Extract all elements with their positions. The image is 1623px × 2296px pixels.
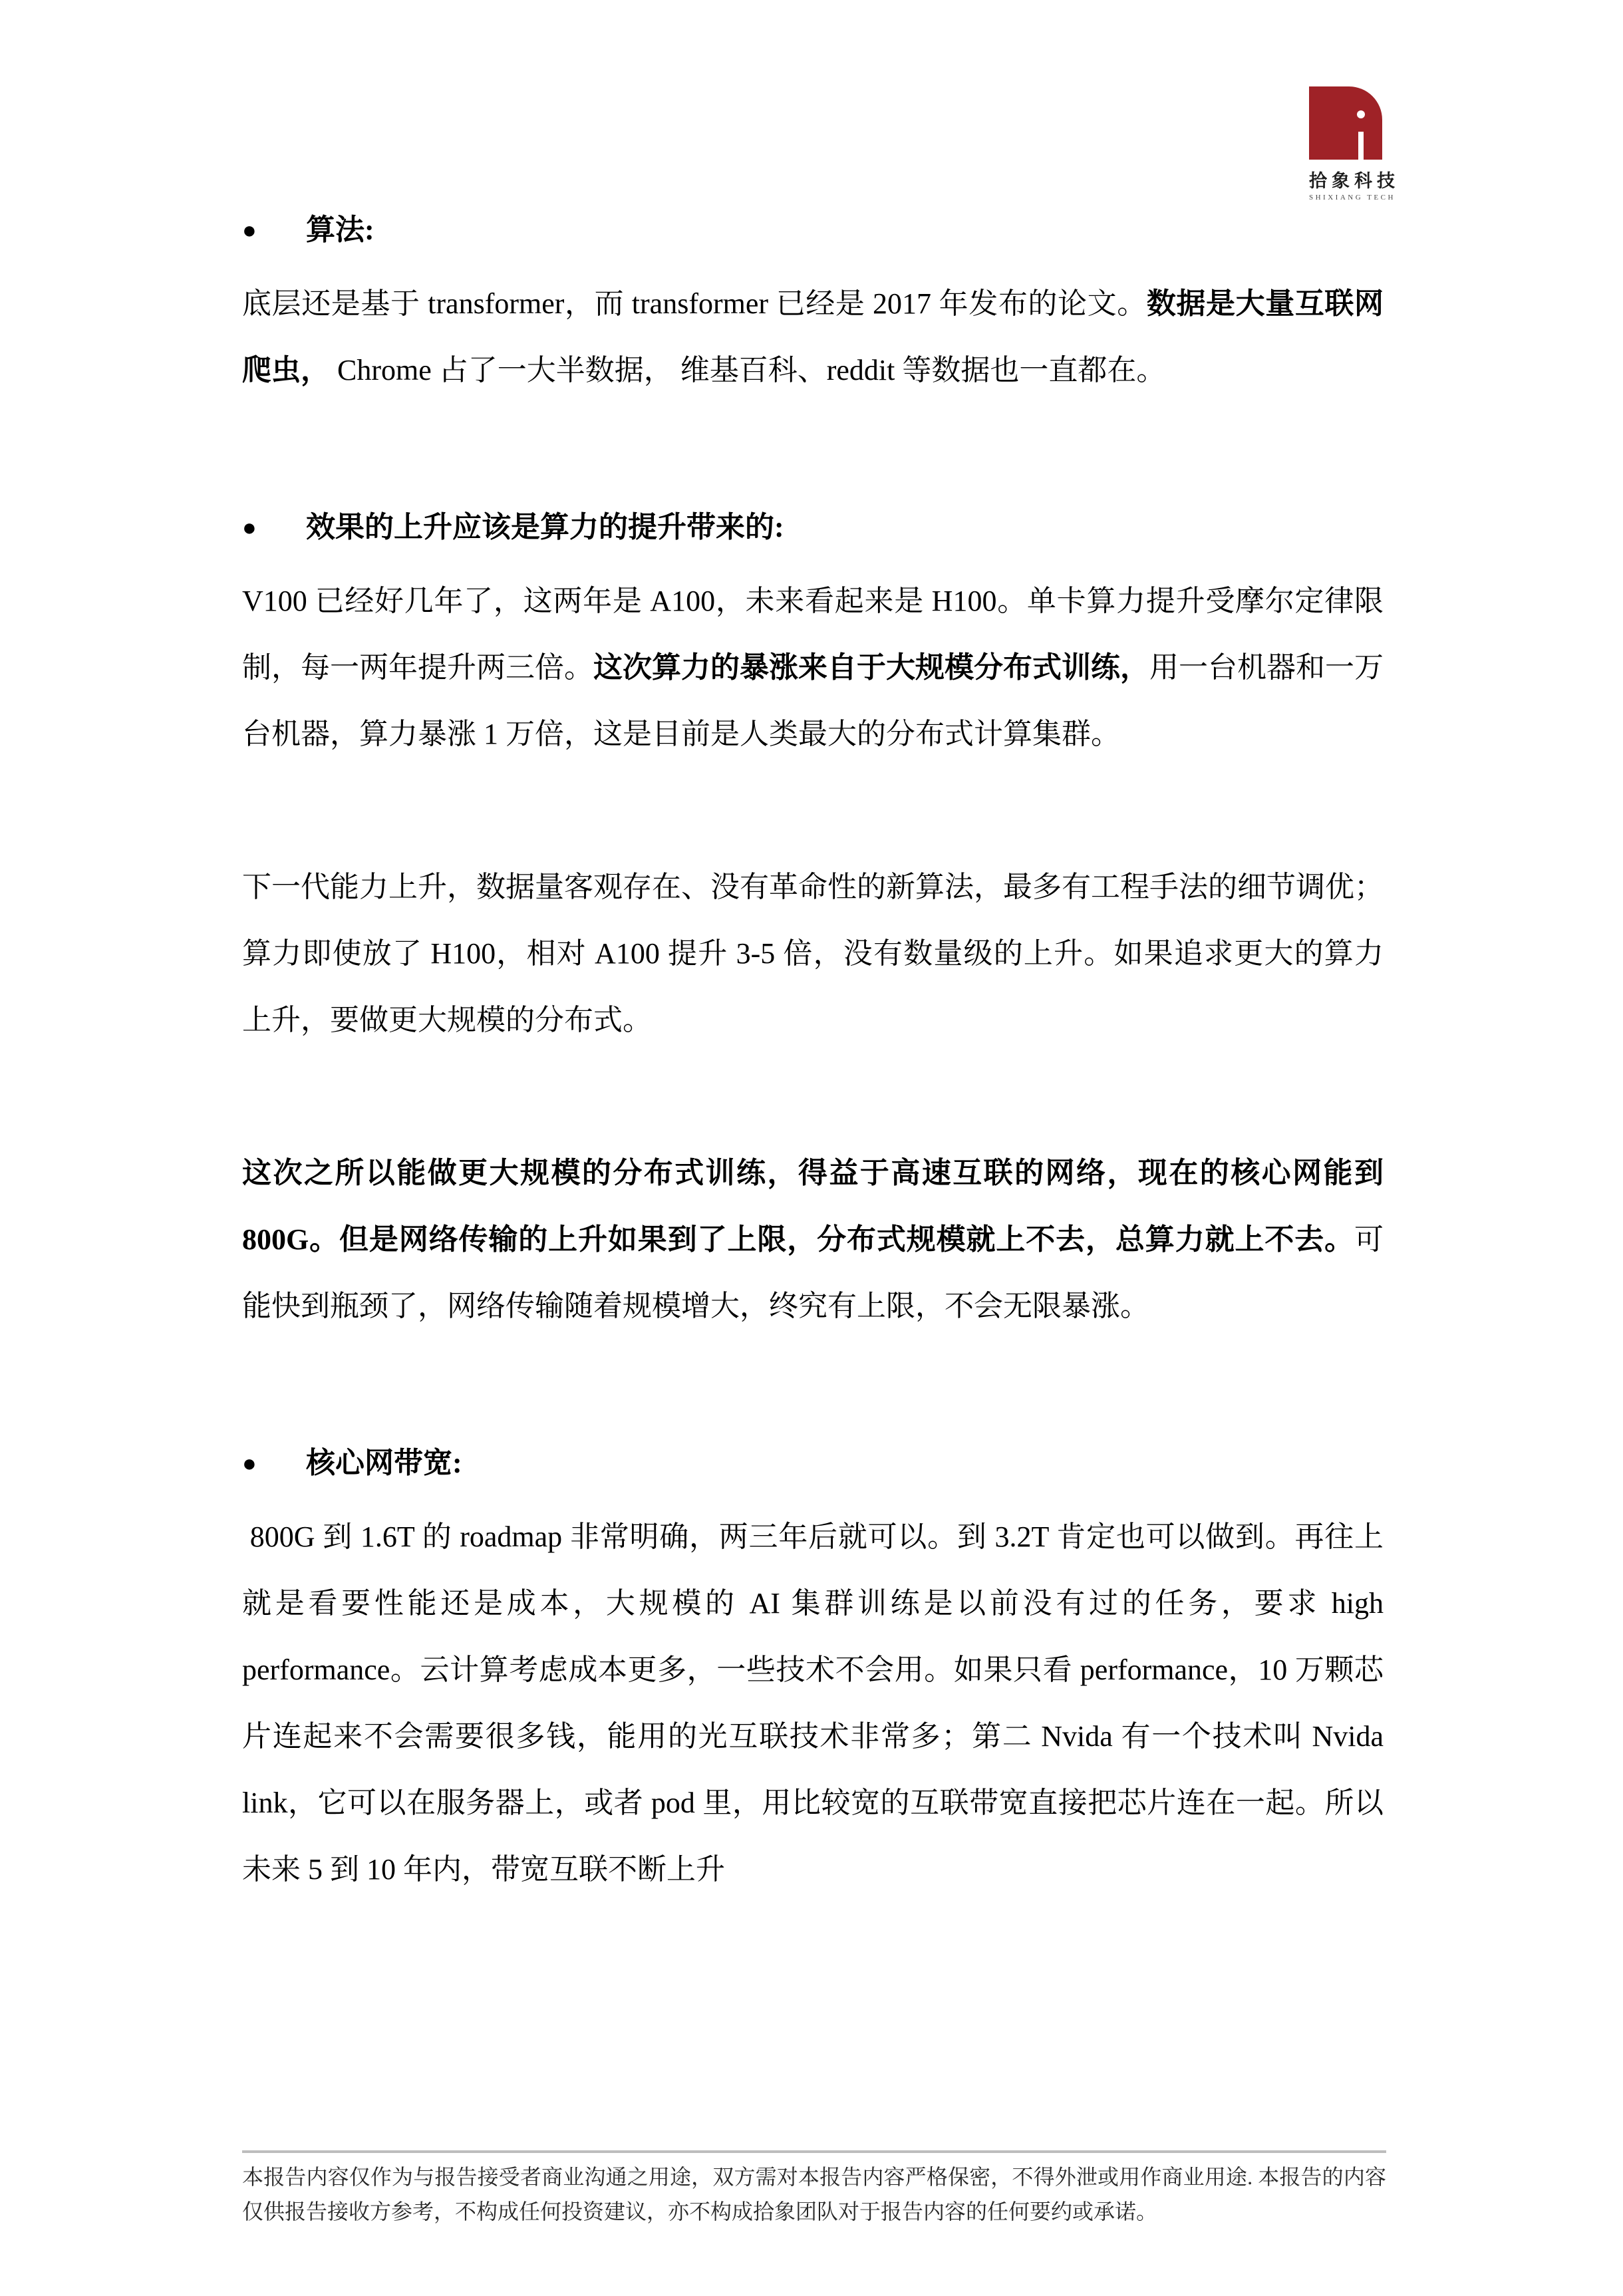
bullet-dot-icon: ● [242, 510, 306, 545]
paragraph-next-generation: 下一代能力上升，数据量客观存在、没有革命性的新算法，最多有工程手法的细节调优；算… [242, 854, 1384, 1054]
disclaimer-text: 本报告内容仅作为与报告接受者商业沟通之用途，双方需对本报告内容严格保密，不得外泄… [242, 2160, 1386, 2229]
text-run: 底层还是基于 transformer，而 transformer 已经是 201… [242, 287, 1147, 320]
text-run: 下一代能力上升，数据量客观存在、没有革命性的新算法，最多有工程手法的细节调优；算… [242, 871, 1384, 1036]
bullet-dot-icon: ● [242, 213, 306, 247]
paragraph-network-limit: 这次之所以能做更大规模的分布式训练，得益于高速互联的网络，现在的核心网能到 80… [242, 1140, 1384, 1340]
paragraph-bandwidth-roadmap: 800G 到 1.6T 的 roadmap 非常明确，两三年后就可以。到 3.2… [242, 1504, 1384, 1903]
bullet-item-compute-gains: ● 效果的上升应该是算力的提升带来的: [242, 510, 1384, 545]
text-run: Chrome 占了一大半数据， 维基百科、reddit 等数据也一直都在。 [330, 354, 1165, 386]
bold-text-run: 这次之所以能做更大规模的分布式训练，得益于高速互联的网络，现在的核心网能到 80… [242, 1157, 1391, 1256]
bullet-label: 算法: [306, 213, 374, 247]
bullet-item-algorithm: ● 算法: [242, 213, 1384, 247]
paragraph-transformer-data: 底层还是基于 transformer，而 transformer 已经是 201… [242, 271, 1384, 404]
bullet-label: 效果的上升应该是算力的提升带来的: [306, 510, 784, 545]
bullet-item-core-network-bandwidth: ● 核心网带宽: [242, 1446, 1384, 1481]
document-page: 拾象科技 SHIXIANG TECH ● 算法: 底层还是基于 transfor… [0, 0, 1623, 2296]
paragraph-gpu-generations: V100 已经好几年了，这两年是 A100，未来看起来是 H100。单卡算力提升… [242, 568, 1384, 768]
text-run: 800G 到 1.6T 的 roadmap 非常明确，两三年后就可以。到 3.2… [242, 1520, 1391, 1886]
bullet-dot-icon: ● [242, 1446, 306, 1481]
document-body: ● 算法: 底层还是基于 transformer，而 transformer 已… [0, 0, 1623, 1903]
footer-disclaimer: 本报告内容仅作为与报告接受者商业沟通之用途，双方需对本报告内容严格保密，不得外泄… [242, 2150, 1386, 2229]
bold-text-run: 这次算力的暴涨来自于大规模分布式训练， [593, 651, 1149, 684]
bullet-label: 核心网带宽: [306, 1446, 462, 1481]
